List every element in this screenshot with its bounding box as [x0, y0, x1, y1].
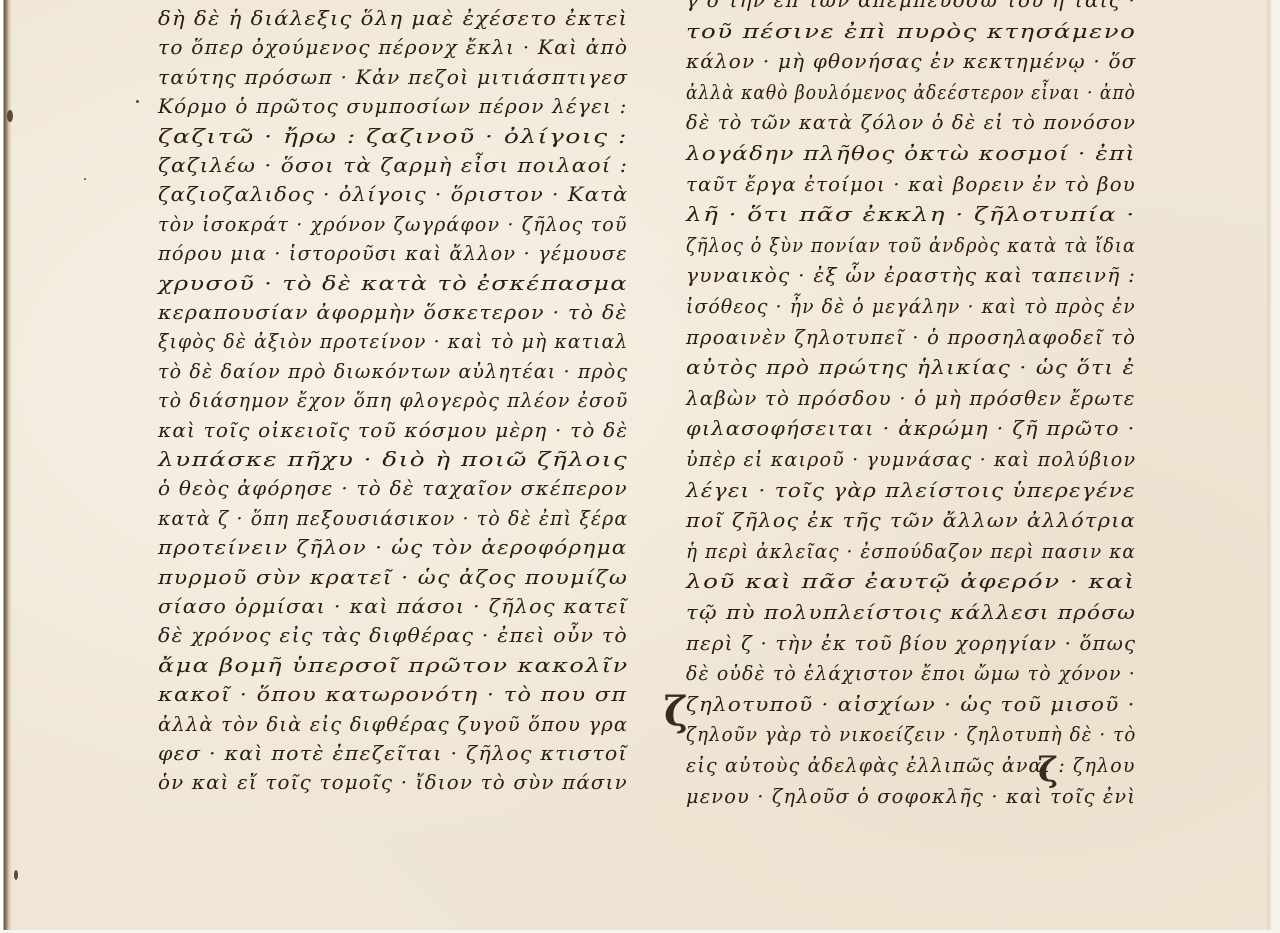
manuscript-line: κεραπουσίαν ἀφορμὴν ὅσκετερον · τὸ δὲ [158, 300, 628, 324]
binding-edge-left [0, 0, 12, 933]
manuscript-line: μενου · ζηλοῦσ ὁ σοφοκλῆς · καὶ τοῖς ἐνὶ [686, 784, 1136, 808]
stain-mark [136, 100, 139, 103]
manuscript-line: ζῆλος ὁ ξὺν πονίαν τοῦ ἀνδρὸς κατὰ τὰ ἴδ… [686, 233, 1136, 257]
manuscript-line: ποῖ ζῆλος ἐκ τῆς τῶν ἄλλων ἀλλότρια [686, 508, 1136, 532]
manuscript-line: πόρου μια · ἱστοροῦσι καὶ ἄλλον · γέμουσ… [158, 241, 628, 265]
manuscript-line: φιλασοφήσειται · ἀκρώμη · ζῆ πρῶτο · [686, 416, 1136, 440]
manuscript-line: Κόρμο ὁ πρῶτος συμποσίων πέρον λέγει : [158, 94, 628, 118]
manuscript-line: τὸν ἰσοκράτ · χρόνον ζωγράφον · ζῆλος το… [158, 212, 628, 236]
manuscript-line: ὑπὲρ εἰ καιροῦ · γυμνάσας · καὶ πολύβιον [686, 447, 1136, 471]
manuscript-line: φεσ · καὶ ποτὲ ἐπεζεῖται · ζῆλος κτιστοῖ [158, 741, 628, 765]
manuscript-line: εἰς αὐτοὺς ἀδελφὰς ἐλλιπῶς ἀναι : ζηλου [686, 753, 1136, 777]
manuscript-line: πυρμοῦ σὺν κρατεῖ · ὡς ἀζος πουμίζω [158, 565, 628, 589]
manuscript-line: καὶ τοῖς οἰκειοῖς τοῦ κόσμου μὲρη · τὸ δ… [158, 418, 628, 442]
manuscript-line: σίασο ὀρμίσαι · καὶ πάσοι · ζῆλος κατεῖ [158, 594, 628, 618]
manuscript-line: ζαζιοζαλιδος · ὀλίγοις · ὅριστον · Κατὰ [158, 182, 628, 206]
manuscript-line: ταύτης πρόσωπ · Κἀν πεζοὶ μιτιάσπτιγεσ [158, 65, 628, 89]
manuscript-line: δὲ οὐδὲ τὸ ἑλάχιστον ἔποι ὤμω τὸ χόνον · [686, 661, 1136, 685]
manuscript-line: ζηλοῦν γὰρ τὸ νικοείζειν · ζηλοτυπὴ δὲ ·… [686, 722, 1136, 746]
stain-mark [84, 178, 86, 180]
manuscript-line: γυναικὸς · ἐξ ὧν ἐραστὴς καὶ ταπεινῆ : [686, 263, 1136, 287]
manuscript-line: κατὰ ζ · ὅπη πεξουσιάσικον · τὸ δὲ ἐπὶ ξ… [158, 506, 628, 530]
manuscript-line: ἡ περὶ ἀκλεῖας · ἐσπούδαζον περὶ πασιν κ… [686, 539, 1136, 563]
manuscript-line: λογάδην πλῆθος ὀκτὼ κοσμοί · ἐπὶ [686, 141, 1136, 165]
manuscript-line: λαβὼν τὸ πρόσδου · ὁ μὴ πρόσθεν ἔρωτε [686, 386, 1136, 410]
manuscript-line: λυπάσκε πῆχυ · διὸ ὴ ποιῶ ζῆλοις [158, 447, 628, 471]
manuscript-folio: δὴ δὲ ἡ διάλεξις ὅλη μαὲ ἐχέσετο ἐκτεὶτο… [0, 0, 1280, 933]
manuscript-line: ἀλλὰ τὸν διὰ εἰς διφθέρας ζυγοῦ ὅπου γρα [158, 712, 628, 736]
manuscript-line: ξιφὸς δὲ ἀξιὸν προτείνον · καὶ τὸ μὴ κατ… [158, 329, 628, 353]
manuscript-line: δὴ δὲ ἡ διάλεξις ὅλη μαὲ ἐχέσετο ἐκτεὶ [158, 6, 628, 30]
manuscript-line: ὁ θεὸς ἀφόρησε · τὸ δὲ ταχαῖον σκέπερον [158, 476, 628, 500]
manuscript-line: το ὅπερ ὀχούμενος πέρονχ ἔκλι · Καὶ ἀπὸ [158, 35, 628, 59]
stain-mark [7, 110, 13, 122]
manuscript-line: λῆ · ὅτι πᾶσ ἐκκλη · ζῆλοτυπία · [686, 202, 1136, 226]
manuscript-line: περὶ ζ · τὴν ἐκ τοῦ βίου χορηγίαν · ὅπως [686, 631, 1136, 655]
manuscript-line: ζαζιτῶ · ἤρω : ζαζινοῦ · ὀλίγοις : [158, 124, 628, 148]
manuscript-line: τοῦ πέσινε ἐπὶ πυρὸς κτησάμενο [686, 19, 1136, 43]
manuscript-line: τὸ διάσημον ἔχον ὅπη φλογερὸς πλέον ἐσοῦ [158, 388, 628, 412]
manuscript-line: ζαζιλέω · ὅσοι τὰ ζαρμὴ εἶσι ποιλαοί : [158, 153, 628, 177]
stain-mark [14, 870, 18, 880]
manuscript-line: ἀλλὰ καθὸ βουλόμενος ἀδεέστερον εἶναι · … [686, 80, 1136, 104]
manuscript-line: κάλον · μὴ φθονήσας ἐν κεκτημένῳ · ὅσ [686, 49, 1136, 73]
manuscript-line: αὐτὸς πρὸ πρώτης ἡλικίας · ὡς ὅτι ἐ [686, 355, 1136, 379]
manuscript-line: δὲ χρόνος εἰς τὰς διφθέρας · ἐπεὶ οὖν τὸ [158, 623, 628, 647]
manuscript-line: ὁν καὶ εἴ τοῖς τομοῖς · ἴδιον τὸ σὺν πάσ… [158, 770, 628, 794]
manuscript-line: κακοῖ · ὅπου κατωρονότη · τὸ που σπ [158, 682, 627, 706]
manuscript-line: δὲ τὸ τῶν κατὰ ζόλον ὁ δὲ εἰ τὸ πονόσον [686, 110, 1136, 134]
manuscript-line: τῷ πὺ πολυπλείστοις κάλλεσι πρόσω [686, 600, 1136, 624]
manuscript-line: ζηλοτυποῦ · αἰσχίων · ὡς τοῦ μισοῦ · [686, 692, 1136, 716]
page-edge-right [1266, 0, 1280, 933]
manuscript-line: προτείνειν ζῆλον · ὡς τὸν ἀεροφόρημα [158, 535, 628, 559]
manuscript-line: λέγει · τοῖς γὰρ πλείστοις ὑπερεγένε [686, 478, 1136, 502]
manuscript-line: τὸ δὲ δαίον πρὸ διωκόντων αὐλητέαι · πρὸ… [158, 359, 628, 383]
manuscript-line: ἰσόθεος · ἦν δὲ ὁ μεγάλην · καὶ τὸ πρὸς … [686, 294, 1136, 318]
manuscript-line: προαινὲν ζηλοτυπεῖ · ὁ προσηλαφοδεῖ τὸ [686, 325, 1136, 349]
manuscript-line: ἄμα βομῆ ὑπερσοῖ πρῶτον κακολῖν [158, 653, 629, 677]
manuscript-line: ταῦτ ἔργα ἐτοίμοι · καὶ βορειν ἐν τὸ βου [686, 172, 1136, 196]
manuscript-line: λοῦ καὶ πᾶσ ἐαυτῷ ἀφερόν · καὶ [686, 569, 1135, 593]
decorated-initial: ζ [1038, 750, 1058, 790]
decorated-initial: ζ [664, 688, 688, 735]
manuscript-line: χρυσοῦ · τὸ δὲ κατὰ τὸ ἐσκέπασμα [158, 271, 628, 295]
manuscript-line: γ ὅ τὴν ἐπ τῶν ἀπεμπευόσω τοῦ ἡ ταῖς · [686, 0, 1136, 12]
